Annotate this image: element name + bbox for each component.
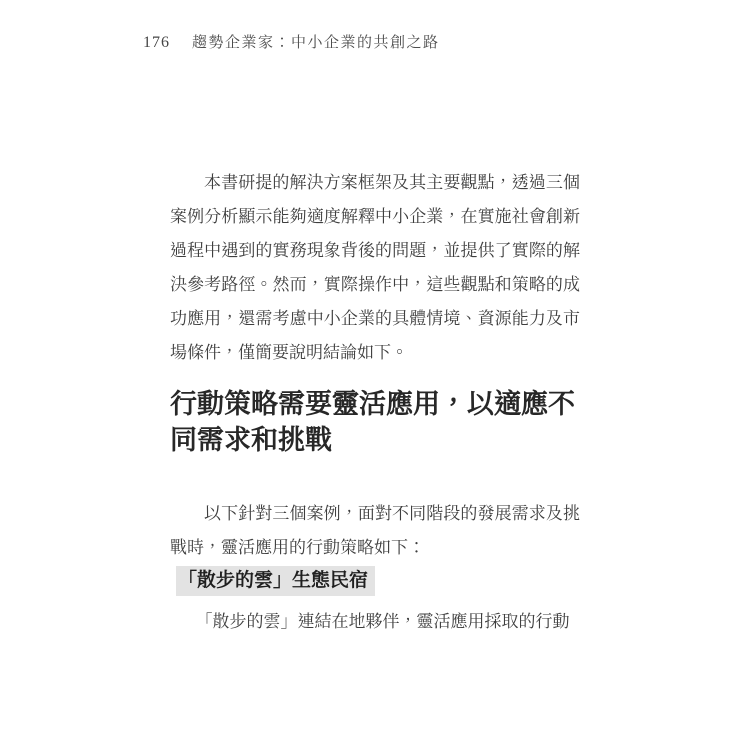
running-title: 趨勢企業家：中小企業的共創之路: [192, 31, 440, 52]
running-header: 176 趨勢企業家：中小企業的共創之路: [143, 31, 440, 52]
subsection-heading: 「散步的雲」生態民宿: [176, 566, 375, 596]
page-number: 176: [143, 34, 170, 52]
lead-paragraph: 以下針對三個案例，面對不同階段的發展需求及挑戰時，靈活應用的行動策略如下：: [170, 497, 580, 565]
subsection-heading-highlight: 「散步的雲」生態民宿: [176, 566, 375, 596]
book-page: 176 趨勢企業家：中小企業的共創之路 本書研提的解決方案框架及其主要觀點，透過…: [0, 0, 750, 750]
subsection-paragraph: 「散步的雲」連結在地夥伴，靈活應用採取的行動: [170, 605, 580, 639]
intro-paragraph: 本書研提的解決方案框架及其主要觀點，透過三個案例分析顯示能夠適度解釋中小企業，在…: [170, 166, 580, 370]
section-heading: 行動策略需要靈活應用，以適應不同需求和挑戰: [170, 386, 584, 458]
